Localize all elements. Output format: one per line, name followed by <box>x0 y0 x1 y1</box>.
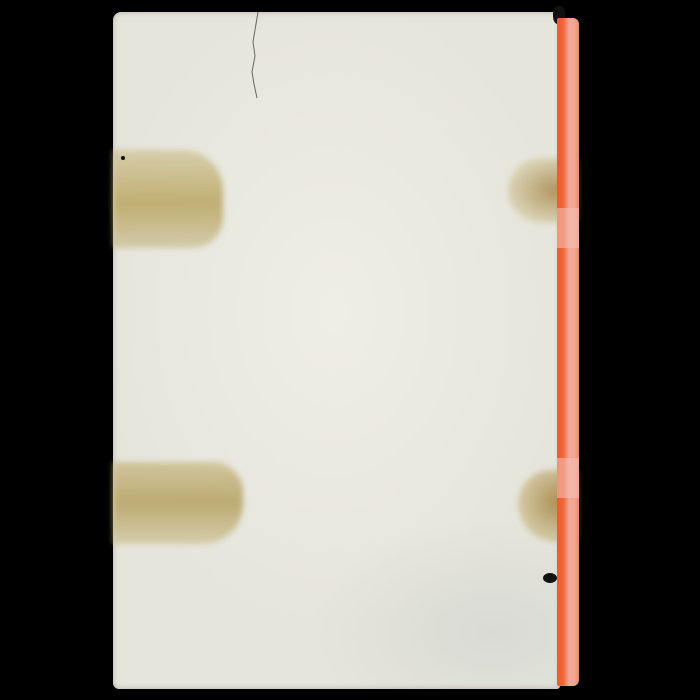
crack-top <box>250 12 260 100</box>
spine-band <box>557 208 579 248</box>
book-back-cover <box>113 12 581 689</box>
stain-top-left <box>113 150 223 248</box>
ink-dot-left <box>121 156 125 160</box>
ink-spot-right <box>543 573 557 583</box>
stain-bottom-left <box>113 462 243 544</box>
cover-surface <box>113 12 560 689</box>
spine-strip <box>557 18 579 686</box>
spine-band <box>557 458 579 498</box>
